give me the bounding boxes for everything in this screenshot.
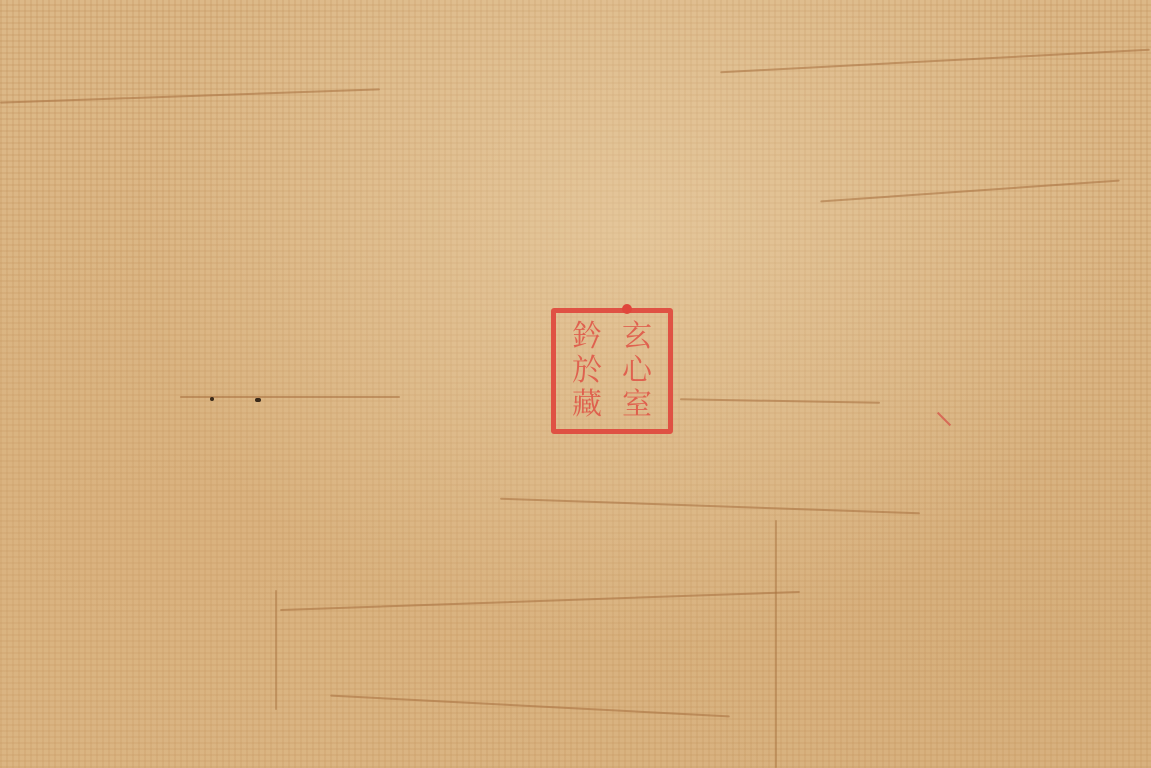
- seal-char: 室: [612, 388, 662, 422]
- seal-char: 心: [612, 354, 662, 388]
- crack-line: [500, 498, 920, 515]
- crack-line: [0, 88, 380, 103]
- seal-char: 藏: [562, 388, 612, 422]
- crack-line: [775, 520, 777, 768]
- crack-line: [280, 591, 800, 611]
- silk-texture-background: 鈐 於 藏 玄 心 室: [0, 0, 1151, 768]
- dark-spot: [255, 398, 261, 402]
- seal-char: 於: [562, 354, 612, 388]
- crack-line: [275, 590, 277, 710]
- crack-line: [820, 180, 1119, 203]
- red-seal: 鈐 於 藏 玄 心 室: [551, 308, 673, 434]
- dark-spot: [210, 397, 214, 401]
- crack-line: [330, 695, 730, 718]
- seal-char: 玄: [612, 320, 662, 354]
- seal-dot: [622, 304, 632, 314]
- seal-char: 鈐: [562, 320, 612, 354]
- crack-line: [680, 398, 880, 403]
- crack-line: [720, 49, 1150, 74]
- red-mark: [937, 412, 951, 426]
